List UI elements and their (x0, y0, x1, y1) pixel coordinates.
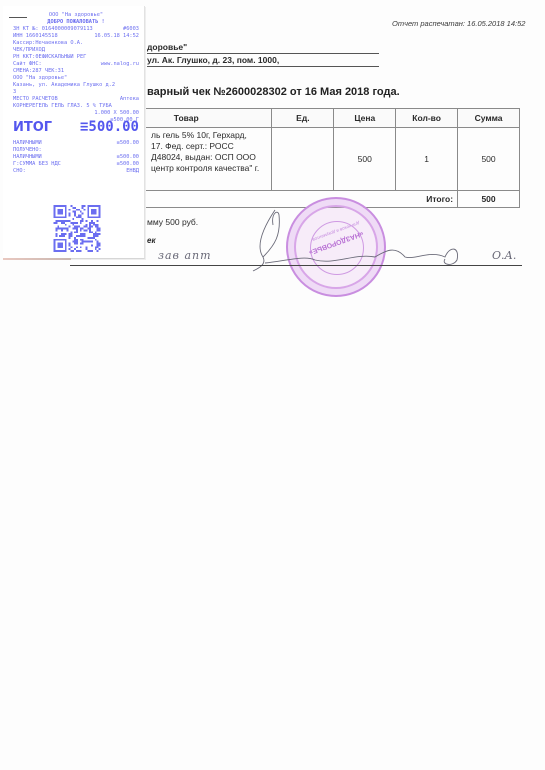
fiscal-receipt: ООО "На здоровье" ДОБРО ПОЖАЛОВАТЬ ! ЗН … (3, 6, 145, 259)
receipt-fns-site: www.nalog.ru (101, 61, 139, 68)
seller-label: ек (147, 236, 156, 245)
receipt-item-total: ≡500.00_Г (3, 117, 144, 124)
receipt-received-label: ПОЛУЧЕНО: (3, 147, 144, 154)
receipt-reg-row: ЗН КТ №: 0164000009079113 #6003 (3, 26, 144, 33)
receipt-inn-row: ИНН 1660145518 16.05.18 14:52 (3, 33, 144, 40)
item-price: 500 (334, 128, 396, 191)
receipt-item-name: КОРНЕРЕГЕЛЬ ГЕЛЬ ГЛАЗ. 5 % ТУБА (3, 103, 144, 110)
receipt-no-vat-row: Г:СУММА БЕЗ НДС ≡500.00 (3, 161, 144, 168)
receipt-total-label: ИТОГ (13, 124, 52, 131)
handwritten-initials: О.А. (492, 249, 516, 262)
receipt-greeting: ДОБРО ПОЖАЛОВАТЬ ! (3, 19, 144, 26)
receipt-received-cash-value: ≡500.00 (117, 154, 139, 161)
organization-address: ул. Ак. Глушко, д. 23, пом. 1000, (147, 55, 379, 67)
printed-at-timestamp: Отчет распечатан: 16.05.2018 14:52 (392, 19, 525, 28)
signature-line (70, 265, 522, 266)
receipt-fns-row: Сайт ФНС: www.nalog.ru (3, 61, 144, 68)
receipt-tax-system-row: СНО: ЕНВД (3, 168, 144, 175)
receipt-tax-system-label: СНО: (13, 168, 26, 175)
receipt-item-qty-price: 1.000 X 500.00 (3, 110, 144, 117)
receipt-received-cash-label: НАЛИЧНЫМИ (13, 154, 42, 161)
receipt-shift-info: СМЕНА:287 ЧЕК:31 (3, 68, 144, 75)
item-line: 17. Фед. серт.: РОСС (151, 141, 267, 152)
organization-name: доровье" (147, 42, 379, 54)
receipt-shift-code: #6003 (123, 26, 139, 33)
receipt-fn-info: РН ККТ:0ЕФИСКАЛЬНЫЙ РЕГ (3, 54, 144, 61)
receipt-place-value: Аптека (120, 96, 139, 103)
receipt-tax-system-value: ЕНВД (126, 168, 139, 175)
handwritten-position: зав апт (158, 249, 212, 262)
qr-code-icon (53, 205, 101, 252)
receipt-no-vat-value: ≡500.00 (117, 161, 139, 168)
receipt-cash-label: НАЛИЧНЫМИ (13, 140, 42, 147)
receipt-reg-number: ЗН КТ №: 0164000009079113 (13, 26, 93, 33)
item-quantity: 1 (396, 128, 458, 191)
receipt-datetime: 16.05.18 14:52 (94, 33, 139, 40)
item-line: центр контроля качества" г. (151, 163, 267, 174)
receipt-seller-address-cont: 3 (3, 89, 144, 96)
receipt-seller-org: ООО "На здоровье" (3, 75, 144, 82)
header-quantity: Кол-во (396, 109, 458, 128)
receipt-place-label: МЕСТО РАСЧЕТОВ (13, 96, 58, 103)
items-table: Товар Ед. Цена Кол-во Сумма ль гель 5% 1… (100, 108, 520, 208)
receipt-cashier: Кассир:Нечаенкова О.А. (3, 40, 144, 47)
header-sum: Сумма (458, 109, 520, 128)
item-line: ль гель 5% 10г, Герхард, (151, 130, 267, 141)
receipt-place-row: МЕСТО РАСЧЕТОВ Аптека (3, 96, 144, 103)
receipt-seller-address: Казань, ул. Академика Глушко д.2 (3, 82, 144, 89)
receipt-type: ЧЕК/ПРИХОД (3, 47, 144, 54)
item-sum: 500 (458, 128, 520, 191)
receipt-no-vat-label: Г:СУММА БЕЗ НДС (13, 161, 61, 168)
table-header-row: Товар Ед. Цена Кол-во Сумма (101, 109, 520, 128)
item-unit (272, 128, 334, 191)
header-unit: Ед. (272, 109, 334, 128)
receipt-cash-value: ≡500.00 (117, 140, 139, 147)
receipt-fns-label: Сайт ФНС: (13, 61, 42, 68)
sum-in-words: мму 500 руб. (147, 217, 198, 227)
receipt-total-value: ≡500.00 (80, 124, 139, 131)
item-line: Д48024, выдан: ОСП ООО (151, 152, 267, 163)
header-price: Цена (334, 109, 396, 128)
receipt-inn: ИНН 1660145518 (13, 33, 58, 40)
receipt-edge-shadow (3, 258, 71, 260)
receipt-received-cash-row: НАЛИЧНЫМИ ≡500.00 (3, 154, 144, 161)
receipt-cash-row: НАЛИЧНЫМИ ≡500.00 (3, 140, 144, 147)
receipt-total-row: ИТОГ ≡500.00 (3, 124, 144, 140)
document-title: варный чек №2600028302 от 16 Мая 2018 го… (147, 86, 400, 98)
receipt-header-org: ООО "На здоровье" (3, 12, 144, 19)
table-row: ль гель 5% 10г, Герхард, 17. Фед. серт.:… (101, 128, 520, 191)
scanned-page: Отчет распечатан: 16.05.2018 14:52 доров… (0, 0, 545, 770)
